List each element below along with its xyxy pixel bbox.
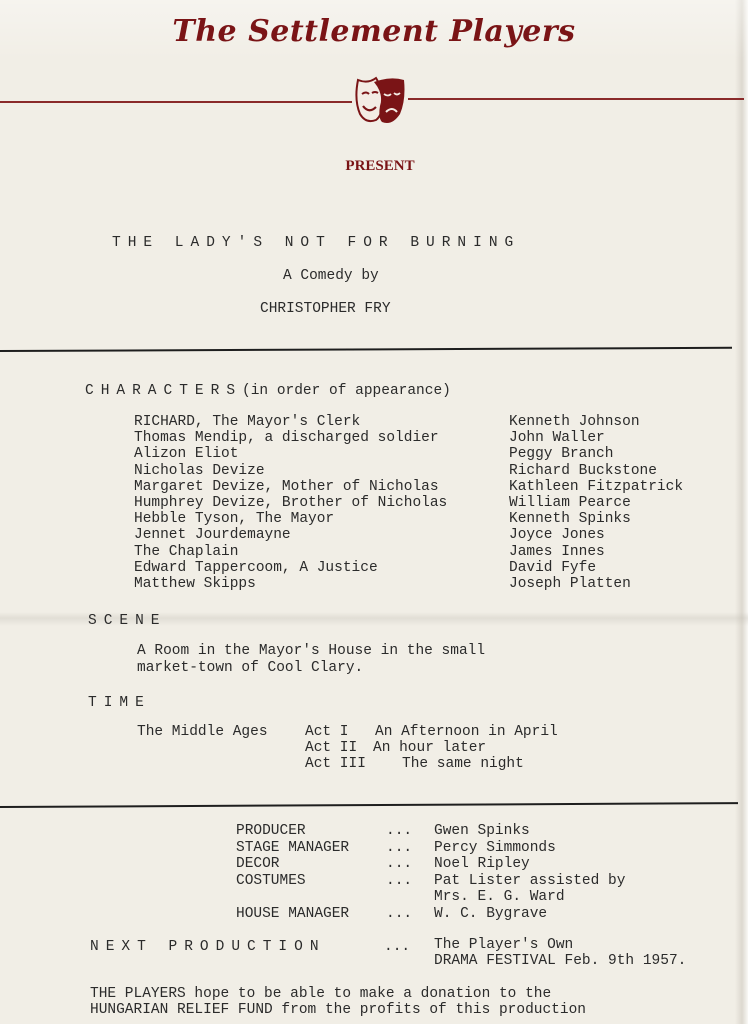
crew-name: Percy Simmonds	[434, 840, 556, 856]
play-title: THE LADY'S NOT FOR BURNING	[112, 235, 520, 251]
act-time: An hour later	[373, 740, 486, 756]
cast-role: Hebble Tyson, The Mayor	[134, 511, 447, 527]
cast-actor: Kathleen Fitzpatrick	[509, 479, 683, 495]
crew-name: Mrs. E. G. Ward	[434, 889, 565, 905]
act-row: Act IAn Afternoon in April	[305, 724, 366, 740]
crew-dots: ...	[386, 823, 412, 839]
time-period: The Middle Ages	[137, 724, 268, 740]
crew-dots: ...	[386, 873, 412, 889]
company-name: The Settlement Players	[0, 14, 748, 49]
cast-role: The Chaplain	[134, 544, 447, 560]
crew-dots: ...	[386, 906, 412, 922]
crew-title: COSTUMES	[236, 873, 306, 889]
characters-note: (in order of appearance)	[242, 383, 451, 399]
characters-heading: CHARACTERS	[85, 383, 242, 399]
act-label: Act I	[305, 724, 349, 740]
cast-actor: Peggy Branch	[509, 446, 683, 462]
cast-actor: Joseph Platten	[509, 576, 683, 592]
crew-title: HOUSE MANAGER	[236, 906, 349, 922]
act-row: Act IIIThe same night	[305, 756, 366, 772]
comedy-tragedy-masks-icon	[350, 72, 408, 128]
cast-actor: Joyce Jones	[509, 527, 683, 543]
characters-heading-row: CHARACTERS(in order of appearance)	[85, 383, 451, 399]
scene-line-2: market-town of Cool Clary.	[137, 660, 363, 676]
scene-heading: SCENE	[88, 613, 167, 629]
footer-line-1: THE PLAYERS hope to be able to make a do…	[90, 986, 551, 1002]
header-rule-right	[408, 98, 744, 100]
cast-actor: John Waller	[509, 430, 683, 446]
crew-dots: ...	[386, 840, 412, 856]
cast-role: RICHARD, The Mayor's Clerk	[134, 414, 447, 430]
act-label: Act II	[305, 740, 357, 756]
cast-role: Alizon Eliot	[134, 446, 447, 462]
crew-name: Pat Lister assisted by	[434, 873, 625, 889]
scene-line-1: A Room in the Mayor's House in the small	[137, 643, 485, 659]
crew-title: STAGE MANAGER	[236, 840, 349, 856]
cast-actor: David Fyfe	[509, 560, 683, 576]
crew-title: DECOR	[236, 856, 280, 872]
cast-role: Jennet Jourdemayne	[134, 527, 447, 543]
cast-actor: Richard Buckstone	[509, 463, 683, 479]
cast-actor: William Pearce	[509, 495, 683, 511]
play-subtitle: A Comedy by	[283, 268, 379, 284]
act-row: Act IIAn hour later	[305, 740, 366, 756]
cast-actor: James Innes	[509, 544, 683, 560]
header-rule-left	[0, 101, 352, 103]
act-time: The same night	[402, 756, 524, 772]
cast-role: Thomas Mendip, a discharged soldier	[134, 430, 447, 446]
crew-name: W. C. Bygrave	[434, 906, 547, 922]
next-production-line-1: The Player's Own	[434, 937, 573, 953]
cast-role: Edward Tappercoom, A Justice	[134, 560, 447, 576]
cast-role: Matthew Skipps	[134, 576, 447, 592]
crew-name: Gwen Spinks	[434, 823, 530, 839]
act-label: Act III	[305, 756, 366, 772]
cast-actor: Kenneth Johnson	[509, 414, 683, 430]
time-heading: TIME	[88, 695, 151, 711]
acts-list: Act IAn Afternoon in AprilAct IIAn hour …	[305, 724, 366, 773]
cast-roles-column: RICHARD, The Mayor's ClerkThomas Mendip,…	[134, 414, 447, 592]
footer-line-2: HUNGARIAN RELIEF FUND from the profits o…	[90, 1002, 586, 1018]
cast-role: Nicholas Devize	[134, 463, 447, 479]
play-author: CHRISTOPHER FRY	[260, 301, 391, 317]
act-time: An Afternoon in April	[375, 724, 558, 740]
cast-actors-column: Kenneth JohnsonJohn WallerPeggy BranchRi…	[509, 414, 683, 592]
crew-name: Noel Ripley	[434, 856, 530, 872]
next-production-dots: ...	[384, 939, 410, 955]
present-label: PRESENT	[0, 158, 748, 175]
next-production-line-2: DRAMA FESTIVAL Feb. 9th 1957.	[434, 953, 686, 969]
cast-actor: Kenneth Spinks	[509, 511, 683, 527]
crew-dots: ...	[386, 856, 412, 872]
cast-role: Humphrey Devize, Brother of Nicholas	[134, 495, 447, 511]
cast-role: Margaret Devize, Mother of Nicholas	[134, 479, 447, 495]
crew-title: PRODUCER	[236, 823, 306, 839]
next-production-heading: NEXT PRODUCTION	[90, 939, 326, 955]
